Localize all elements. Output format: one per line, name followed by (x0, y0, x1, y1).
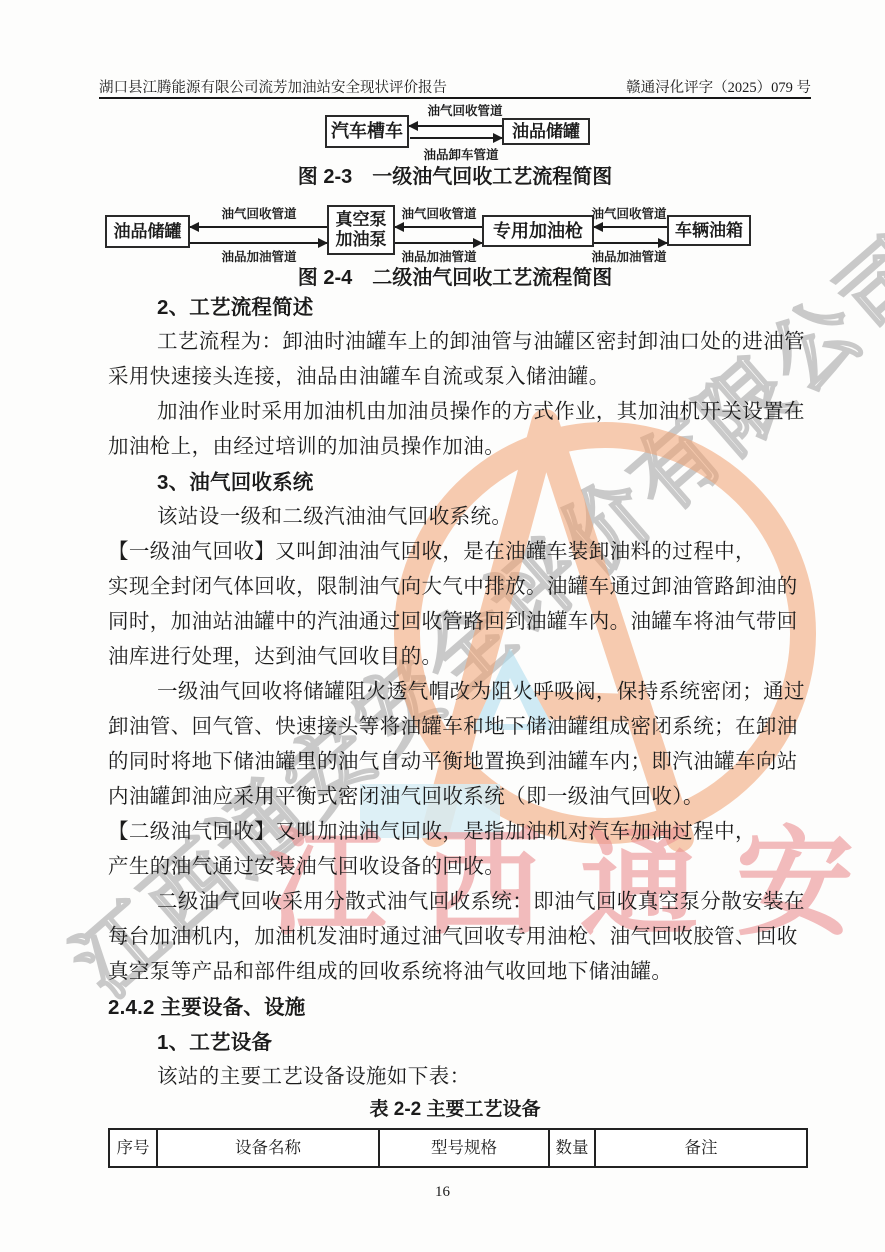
body-text: 2、工艺流程简述工艺流程为：卸油时油罐车上的卸油管与油罐区密封卸油口处的进油管采… (108, 290, 810, 1095)
body-line: 该站的主要工艺设备设施如下表： (108, 1060, 810, 1095)
diagram-box-vacuum-pump-dispenser: 真空泵 加油泵 (327, 205, 395, 255)
body-line: 采用快速接头连接，油品由油罐车自流或泵入储油罐。 (108, 360, 810, 395)
section-heading: 3、油气回收系统 (108, 465, 810, 500)
table-2-2-caption: 表 2-2 主要工艺设备 (99, 1094, 811, 1121)
col-header-remarks: 备注 (594, 1130, 806, 1166)
body-line: 内油罐卸油应采用平衡式密闭油气回收系统（即一级油气回收）。 (108, 780, 810, 815)
body-line: 每台加油机内，加油机发油时通过油气回收专用油枪、油气回收胶管、回收 (108, 920, 810, 955)
vapor-recovery-pipe-label: 油气回收管道 (389, 204, 489, 222)
vapor-recovery-pipe-label: 油气回收管道 (579, 204, 679, 222)
section-heading: 2.4.2 主要设备、设施 (108, 990, 810, 1025)
header-right-doc-number: 赣通浔化评字（2025）079 号 (626, 76, 811, 97)
arrow-oil-fueling-3 (594, 242, 667, 244)
arrow-oil-unloading (410, 137, 502, 139)
body-line: 二级油气回收采用分散式油气回收系统：即油气回收真空泵分散安装在 (108, 885, 810, 920)
diagram-box-vehicle-fuel-tank: 车辆油箱 (667, 215, 751, 246)
diagram-box-oil-storage-tank: 油品储罐 (105, 215, 190, 248)
body-line: 产生的油气通过安装油气回收设备的回收。 (108, 850, 810, 885)
figure-2-3-diagram: 汽车槽车 油品储罐 油气回收管道 油品卸车管道 (99, 100, 811, 162)
body-line: 卸油管、回气管、快速接头等将油罐车和地下储油罐组成密闭系统；在卸油 (108, 710, 810, 745)
body-line: 【一级油气回收】又叫卸油油气回收，是在油罐车装卸油料的过程中， (108, 535, 810, 570)
figure-2-4-diagram: 油品储罐 真空泵 加油泵 专用加油枪 车辆油箱 油气回收管道 油品加油管道 油气… (97, 198, 810, 262)
diagram-box-tanker-truck: 汽车槽车 (325, 115, 409, 148)
header-rule (99, 97, 811, 99)
body-line: 加油枪上，由经过培训的加油员操作加油。 (108, 430, 810, 465)
body-line: 加油作业时采用加油机由加油员操作的方式作业，其加油机开关设置在 (108, 395, 810, 430)
arrow-vapor-recovery-2 (395, 226, 482, 228)
body-line: 【二级油气回收】又叫加油油气回收，是指加油机对汽车加油过程中， (108, 815, 810, 850)
document-page: 江西通安安全评价有限公司 江西通安 湖口县江腾能源有限公司流芳加油站安全现状评价… (0, 0, 885, 1252)
body-line: 同时，加油站油罐中的汽油通过回收管路回到油罐车内。油罐车将油气带回 (108, 605, 810, 640)
figure-2-3-caption: 图 2-3 一级油气回收工艺流程简图 (99, 160, 811, 189)
diagram-box-oil-storage-tank: 油品储罐 (502, 118, 590, 145)
section-heading: 1、工艺设备 (108, 1025, 810, 1060)
diagram-box-dedicated-nozzle: 专用加油枪 (482, 215, 594, 247)
equipment-table-header-row: 序号 设备名称 型号规格 数量 备注 (108, 1128, 808, 1168)
arrow-oil-fueling-1 (190, 242, 327, 244)
page-number: 16 (0, 1184, 885, 1201)
vapor-recovery-pipe-label: 油气回收管道 (209, 204, 309, 222)
vapor-recovery-pipe-label: 油气回收管道 (415, 101, 515, 119)
section-heading: 2、工艺流程简述 (108, 290, 810, 325)
vacuum-pump-label: 真空泵 (336, 210, 387, 230)
body-line: 油库进行处理，达到油气回收目的。 (108, 640, 810, 675)
header-left-title: 湖口县江腾能源有限公司流芳加油站安全现状评价报告 (99, 76, 447, 97)
arrow-oil-fueling-2 (395, 242, 482, 244)
arrow-vapor-recovery (409, 125, 502, 127)
arrow-vapor-recovery-3 (594, 226, 667, 228)
col-header-model-spec: 型号规格 (378, 1130, 548, 1166)
figure-2-4-caption: 图 2-4 二级油气回收工艺流程简图 (99, 261, 811, 290)
body-line: 一级油气回收将储罐阻火透气帽改为阻火呼吸阀，保持系统密闭；通过 (108, 675, 810, 710)
body-line: 实现全封闭气体回收，限制油气向大气中排放。油罐车通过卸油管路卸油的 (108, 570, 810, 605)
body-line: 工艺流程为：卸油时油罐车上的卸油管与油罐区密封卸油口处的进油管 (108, 325, 810, 360)
fuel-pump-label: 加油泵 (336, 230, 387, 250)
col-header-serial-number: 序号 (110, 1130, 156, 1166)
body-line: 的同时将地下储油罐里的油气自动平衡地置换到油罐车内；即汽油罐车向站 (108, 745, 810, 780)
body-line: 该站设一级和二级汽油油气回收系统。 (108, 500, 810, 535)
arrow-vapor-recovery-1 (190, 226, 327, 228)
page-header: 湖口县江腾能源有限公司流芳加油站安全现状评价报告 赣通浔化评字（2025）079… (99, 76, 811, 97)
col-header-equipment-name: 设备名称 (156, 1130, 378, 1166)
body-line: 真空泵等产品和部件组成的回收系统将油气收回地下储油罐。 (108, 955, 810, 990)
col-header-quantity: 数量 (548, 1130, 594, 1166)
